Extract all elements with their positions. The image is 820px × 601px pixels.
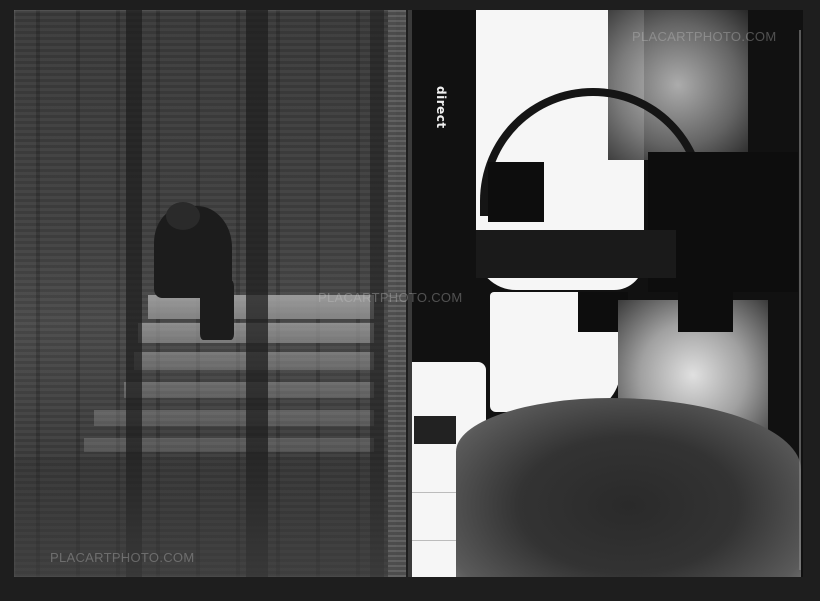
dark-box	[678, 292, 733, 332]
watermark: PLACARTPHOTO.COM	[318, 290, 462, 305]
figure-legs	[200, 280, 234, 340]
figure-head	[166, 202, 200, 230]
watermark: PLACARTPHOTO.COM	[50, 550, 194, 565]
dark-box	[488, 162, 544, 222]
card-dark-square	[414, 416, 456, 444]
textured-dark-mass	[456, 398, 801, 577]
dark-band	[476, 230, 676, 278]
page-edge	[799, 30, 801, 570]
watermark: PLACARTPHOTO.COM	[632, 29, 776, 44]
vertical-caption-direct: direct	[434, 86, 448, 129]
right-page-photo	[408, 10, 803, 577]
